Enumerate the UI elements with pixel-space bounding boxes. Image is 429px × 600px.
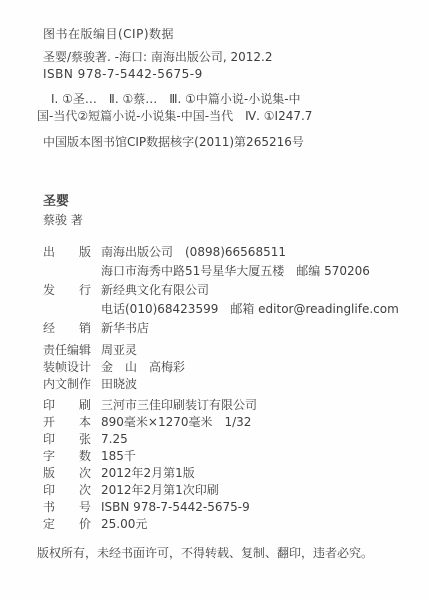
colophon-value: 新经典文化有限公司 <box>101 281 209 300</box>
colophon-row-printer: 印 刷 三河市三佳印刷装订有限公司 <box>43 397 411 414</box>
colophon-row-publisher: 出 版 南海出版公司 (0898)66568511 <box>43 243 411 262</box>
cip-heading: 图书在版编目(CIP)数据 <box>43 26 411 42</box>
colophon-group-printing: 印 刷 三河市三佳印刷装订有限公司 开 本 890毫米×1270毫米 1/32 … <box>43 397 411 533</box>
cip-record-number: 中国版本图书馆CIP数据核字(2011)第265216号 <box>43 134 411 151</box>
colophon-label: 责任编辑 <box>43 342 101 359</box>
colophon-label: 定 价 <box>43 516 101 533</box>
colophon-value: 金 山 高梅彩 <box>101 359 185 376</box>
colophon-row-editor: 责任编辑 周亚灵 <box>43 342 411 359</box>
colophon-row-price: 定 价 25.00元 <box>43 516 411 533</box>
colophon-label: 出 版 <box>43 243 101 262</box>
colophon-label: 书 号 <box>43 499 101 516</box>
colophon-label: 经 销 <box>43 319 101 338</box>
cip-block: 图书在版编目(CIP)数据 圣婴/蔡骏著. -海口: 南海出版公司, 2012.… <box>43 26 411 151</box>
book-copyright-page: 图书在版编目(CIP)数据 圣婴/蔡骏著. -海口: 南海出版公司, 2012.… <box>0 0 429 600</box>
colophon-value: 25.00元 <box>101 516 147 533</box>
colophon-row-publisher-address: 海口市海秀中路51号星华大厦五楼 邮编 570206 <box>43 262 411 281</box>
colophon-row-sheets: 印 张 7.25 <box>43 431 411 448</box>
colophon-row-edition: 版 次 2012年2月第1版 <box>43 465 411 482</box>
colophon-label: 发 行 <box>43 281 101 300</box>
colophon-value: 7.25 <box>101 431 128 448</box>
colophon-row-typesetting: 内文制作 田晓波 <box>43 376 411 393</box>
cip-isbn: ISBN 978-7-5442-5675-9 <box>43 66 411 83</box>
colophon-value: 周亚灵 <box>101 342 137 359</box>
colophon: 出 版 南海出版公司 (0898)66568511 海口市海秀中路51号星华大厦… <box>43 243 411 533</box>
cip-classification-line2: 国-当代②短篇小说-小说集-中国-当代 Ⅳ. ①I247.7 <box>37 108 411 125</box>
colophon-group-editors: 责任编辑 周亚灵 装帧设计 金 山 高梅彩 内文制作 田晓波 <box>43 342 411 393</box>
colophon-extra-value: 海口市海秀中路51号星华大厦五楼 邮编 570206 <box>101 262 370 281</box>
cip-catalog-entry: 圣婴/蔡骏著. -海口: 南海出版公司, 2012.2 <box>43 49 411 66</box>
colophon-row-retailer: 经 销 新华书店 <box>43 319 411 338</box>
book-author: 蔡骏 著 <box>43 211 411 229</box>
colophon-value: 新华书店 <box>101 319 149 338</box>
book-title: 圣婴 <box>43 193 411 211</box>
colophon-row-word-count: 字 数 185千 <box>43 448 411 465</box>
colophon-value: 2012年2月第1版 <box>101 465 195 482</box>
colophon-value: 185千 <box>101 448 136 465</box>
title-block: 圣婴 蔡骏 著 <box>43 193 411 229</box>
colophon-value: 2012年2月第1次印刷 <box>101 482 219 499</box>
copyright-notice: 版权所有，未经书面许可，不得转载、复制、翻印，违者必究。 <box>37 545 411 561</box>
colophon-row-distributor-contact: 电话(010)68423599 邮箱 editor@readinglife.co… <box>43 300 411 319</box>
colophon-row-isbn: 书 号 ISBN 978-7-5442-5675-9 <box>43 499 411 516</box>
colophon-extra-value: 电话(010)68423599 邮箱 editor@readinglife.co… <box>101 300 399 319</box>
colophon-value: 南海出版公司 (0898)66568511 <box>101 243 286 262</box>
colophon-row-cover-design: 装帧设计 金 山 高梅彩 <box>43 359 411 376</box>
colophon-value: 田晓波 <box>101 376 137 393</box>
colophon-value: 890毫米×1270毫米 1/32 <box>101 414 251 431</box>
colophon-label: 印 刷 <box>43 397 101 414</box>
page-footer: 版权所有，未经书面许可，不得转载、复制、翻印，违者必究。 <box>43 545 411 561</box>
colophon-label: 字 数 <box>43 448 101 465</box>
colophon-label: 印 次 <box>43 482 101 499</box>
colophon-label: 内文制作 <box>43 376 101 393</box>
colophon-label: 印 张 <box>43 431 101 448</box>
colophon-label: 版 次 <box>43 465 101 482</box>
colophon-label: 装帧设计 <box>43 359 101 376</box>
colophon-row-format: 开 本 890毫米×1270毫米 1/32 <box>43 414 411 431</box>
colophon-value: 三河市三佳印刷装订有限公司 <box>101 397 257 414</box>
colophon-group-publishing: 出 版 南海出版公司 (0898)66568511 海口市海秀中路51号星华大厦… <box>43 243 411 338</box>
colophon-row-distributor: 发 行 新经典文化有限公司 <box>43 281 411 300</box>
cip-classification-line1: Ⅰ. ①圣… Ⅱ. ①蔡… Ⅲ. ①中篇小说-小说集-中 <box>43 91 411 108</box>
colophon-row-impression: 印 次 2012年2月第1次印刷 <box>43 482 411 499</box>
colophon-value: ISBN 978-7-5442-5675-9 <box>101 499 250 516</box>
colophon-label: 开 本 <box>43 414 101 431</box>
